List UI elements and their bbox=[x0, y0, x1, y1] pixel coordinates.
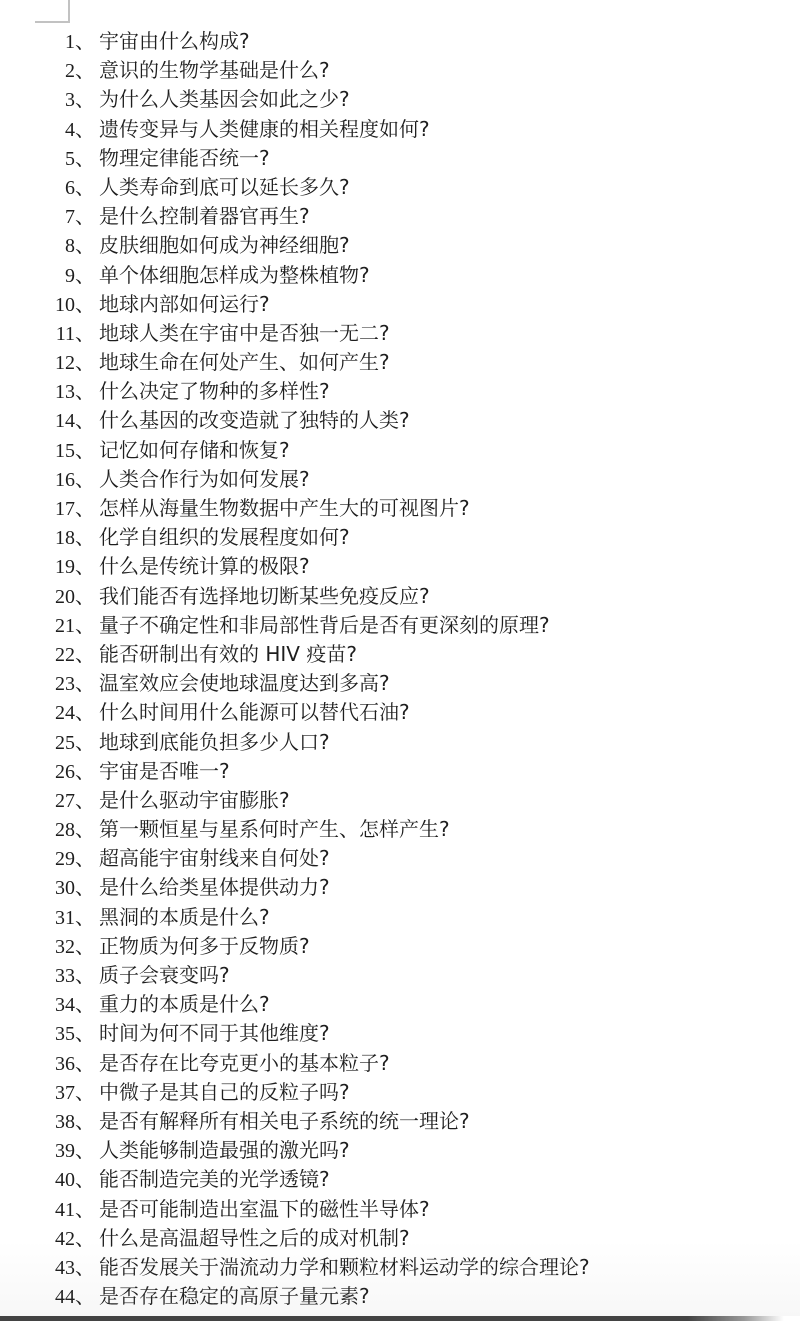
question-row: 21、量子不确定性和非局部性背后是否有更深刻的原理? bbox=[45, 611, 800, 640]
question-text: 能否研制出有效的 HIV 疫苗? bbox=[99, 642, 357, 666]
ideographic-comma: 、 bbox=[75, 963, 95, 987]
ideographic-comma: 、 bbox=[75, 613, 95, 637]
question-row: 14、什么基因的改变造就了独特的人类? bbox=[45, 406, 800, 435]
ideographic-comma: 、 bbox=[75, 233, 95, 257]
question-number: 39 bbox=[45, 1137, 75, 1166]
question-number: 11 bbox=[45, 320, 75, 349]
question-row: 34、重力的本质是什么? bbox=[45, 990, 800, 1019]
question-number: 43 bbox=[45, 1254, 75, 1283]
question-number: 44 bbox=[45, 1283, 75, 1312]
question-row: 23、温室效应会使地球温度达到多高? bbox=[45, 669, 800, 698]
question-row: 28、第一颗恒星与星系何时产生、怎样产生? bbox=[45, 815, 800, 844]
question-text: 遗传变异与人类健康的相关程度如何? bbox=[99, 117, 430, 141]
ideographic-comma: 、 bbox=[75, 58, 95, 82]
ideographic-comma: 、 bbox=[75, 408, 95, 432]
ideographic-comma: 、 bbox=[75, 350, 95, 374]
question-text: 地球人类在宇宙中是否独一无二? bbox=[99, 321, 390, 345]
question-number: 16 bbox=[45, 466, 75, 495]
question-number: 22 bbox=[45, 641, 75, 670]
ideographic-comma: 、 bbox=[75, 146, 95, 170]
question-row: 27、是什么驱动宇宙膨胀? bbox=[45, 786, 800, 815]
question-text: 什么决定了物种的多样性? bbox=[99, 379, 330, 403]
question-text: 为什么人类基因会如此之少? bbox=[99, 87, 350, 111]
ideographic-comma: 、 bbox=[75, 584, 95, 608]
question-text: 中微子是其自己的反粒子吗? bbox=[99, 1080, 350, 1104]
question-row: 40、能否制造完美的光学透镜? bbox=[45, 1165, 800, 1194]
question-number: 20 bbox=[45, 583, 75, 612]
question-number: 31 bbox=[45, 904, 75, 933]
question-row: 42、什么是高温超导性之后的成对机制? bbox=[45, 1224, 800, 1253]
question-text: 黑洞的本质是什么? bbox=[99, 905, 270, 929]
question-row: 16、人类合作行为如何发展? bbox=[45, 465, 800, 494]
question-row: 38、是否有解释所有相关电子系统的统一理论? bbox=[45, 1107, 800, 1136]
ideographic-comma: 、 bbox=[75, 292, 95, 316]
question-text: 单个体细胞怎样成为整株植物? bbox=[99, 263, 370, 287]
question-text: 能否制造完美的光学透镜? bbox=[99, 1167, 330, 1191]
ideographic-comma: 、 bbox=[75, 1138, 95, 1162]
question-number: 32 bbox=[45, 933, 75, 962]
ideographic-comma: 、 bbox=[75, 817, 95, 841]
question-number: 4 bbox=[45, 116, 75, 145]
question-text: 是否可能制造出室温下的磁性半导体? bbox=[99, 1197, 430, 1221]
question-number: 3 bbox=[45, 86, 75, 115]
question-row: 13、什么决定了物种的多样性? bbox=[45, 377, 800, 406]
question-number: 12 bbox=[45, 349, 75, 378]
question-text: 是什么驱动宇宙膨胀? bbox=[99, 788, 290, 812]
question-number: 17 bbox=[45, 495, 75, 524]
question-text: 时间为何不同于其他维度? bbox=[99, 1021, 330, 1045]
question-number: 28 bbox=[45, 816, 75, 845]
question-row: 18、化学自组织的发展程度如何? bbox=[45, 523, 800, 552]
question-text: 记忆如何存储和恢复? bbox=[99, 438, 290, 462]
question-row: 31、黑洞的本质是什么? bbox=[45, 903, 800, 932]
question-number: 41 bbox=[45, 1196, 75, 1225]
question-row: 17、怎样从海量生物数据中产生大的可视图片? bbox=[45, 494, 800, 523]
scanned-document-screenshot: { "colors": { "text": "#1e1e1e", "page_b… bbox=[0, 0, 800, 1321]
question-text: 什么时间用什么能源可以替代石油? bbox=[99, 700, 410, 724]
ideographic-comma: 、 bbox=[75, 846, 95, 870]
question-row: 35、时间为何不同于其他维度? bbox=[45, 1019, 800, 1048]
question-row: 39、人类能够制造最强的激光吗? bbox=[45, 1136, 800, 1165]
question-row: 22、能否研制出有效的 HIV 疫苗? bbox=[45, 640, 800, 669]
question-text: 意识的生物学基础是什么? bbox=[99, 58, 330, 82]
question-text: 质子会衰变吗? bbox=[99, 963, 230, 987]
question-number: 5 bbox=[45, 145, 75, 174]
question-number: 40 bbox=[45, 1166, 75, 1195]
question-text: 地球到底能负担多少人口? bbox=[99, 730, 330, 754]
ideographic-comma: 、 bbox=[75, 642, 95, 666]
question-number: 35 bbox=[45, 1020, 75, 1049]
question-row: 4、遗传变异与人类健康的相关程度如何? bbox=[45, 115, 800, 144]
question-row: 10、地球内部如何运行? bbox=[45, 290, 800, 319]
question-number: 10 bbox=[45, 291, 75, 320]
question-list: 1、宇宙由什么构成? 2、意识的生物学基础是什么? 3、为什么人类基因会如此之少… bbox=[0, 0, 800, 1311]
ideographic-comma: 、 bbox=[75, 1226, 95, 1250]
question-number: 1 bbox=[45, 28, 75, 57]
ideographic-comma: 、 bbox=[75, 29, 95, 53]
question-number: 9 bbox=[45, 262, 75, 291]
question-text: 人类合作行为如何发展? bbox=[99, 467, 310, 491]
question-number: 38 bbox=[45, 1108, 75, 1137]
question-row: 30、是什么给类星体提供动力? bbox=[45, 873, 800, 902]
question-text: 温室效应会使地球温度达到多高? bbox=[99, 671, 390, 695]
question-row: 41、是否可能制造出室温下的磁性半导体? bbox=[45, 1195, 800, 1224]
question-text: 宇宙由什么构成? bbox=[99, 29, 250, 53]
question-number: 2 bbox=[45, 57, 75, 86]
page-corner-mark bbox=[35, 0, 70, 23]
question-row: 15、记忆如何存储和恢复? bbox=[45, 436, 800, 465]
ideographic-comma: 、 bbox=[75, 1284, 95, 1308]
question-number: 23 bbox=[45, 670, 75, 699]
ideographic-comma: 、 bbox=[75, 525, 95, 549]
question-text: 重力的本质是什么? bbox=[99, 992, 270, 1016]
question-text: 是什么给类星体提供动力? bbox=[99, 875, 330, 899]
ideographic-comma: 、 bbox=[75, 87, 95, 111]
question-number: 8 bbox=[45, 232, 75, 261]
ideographic-comma: 、 bbox=[75, 117, 95, 141]
ideographic-comma: 、 bbox=[75, 671, 95, 695]
question-text: 物理定律能否统一? bbox=[99, 146, 270, 170]
question-row: 44、是否存在稳定的高原子量元素? bbox=[45, 1282, 800, 1311]
question-row: 37、中微子是其自己的反粒子吗? bbox=[45, 1078, 800, 1107]
ideographic-comma: 、 bbox=[75, 175, 95, 199]
ideographic-comma: 、 bbox=[75, 321, 95, 345]
ideographic-comma: 、 bbox=[75, 759, 95, 783]
ideographic-comma: 、 bbox=[75, 467, 95, 491]
question-text: 是什么控制着器官再生? bbox=[99, 204, 310, 228]
ideographic-comma: 、 bbox=[75, 554, 95, 578]
question-number: 18 bbox=[45, 524, 75, 553]
question-text: 宇宙是否唯一? bbox=[99, 759, 230, 783]
question-row: 1、宇宙由什么构成? bbox=[45, 27, 800, 56]
question-text: 量子不确定性和非局部性背后是否有更深刻的原理? bbox=[99, 613, 550, 637]
ideographic-comma: 、 bbox=[75, 875, 95, 899]
question-number: 24 bbox=[45, 699, 75, 728]
question-text: 人类寿命到底可以延长多久? bbox=[99, 175, 350, 199]
question-text: 我们能否有选择地切断某些免疫反应? bbox=[99, 584, 430, 608]
question-text: 皮肤细胞如何成为神经细胞? bbox=[99, 233, 350, 257]
document-page: 1、宇宙由什么构成? 2、意识的生物学基础是什么? 3、为什么人类基因会如此之少… bbox=[0, 0, 800, 1321]
question-row: 2、意识的生物学基础是什么? bbox=[45, 56, 800, 85]
question-text: 是否存在稳定的高原子量元素? bbox=[99, 1284, 370, 1308]
ideographic-comma: 、 bbox=[75, 992, 95, 1016]
question-text: 第一颗恒星与星系何时产生、怎样产生? bbox=[99, 817, 450, 841]
question-row: 7、是什么控制着器官再生? bbox=[45, 202, 800, 231]
ideographic-comma: 、 bbox=[75, 1051, 95, 1075]
question-number: 42 bbox=[45, 1225, 75, 1254]
question-text: 什么是传统计算的极限? bbox=[99, 554, 310, 578]
question-text: 什么基因的改变造就了独特的人类? bbox=[99, 408, 410, 432]
question-number: 25 bbox=[45, 729, 75, 758]
question-number: 30 bbox=[45, 874, 75, 903]
scan-bottom-edge-bar bbox=[0, 1316, 800, 1321]
ideographic-comma: 、 bbox=[75, 1109, 95, 1133]
ideographic-comma: 、 bbox=[75, 204, 95, 228]
question-row: 29、超高能宇宙射线来自何处? bbox=[45, 844, 800, 873]
ideographic-comma: 、 bbox=[75, 700, 95, 724]
question-row: 8、皮肤细胞如何成为神经细胞? bbox=[45, 231, 800, 260]
ideographic-comma: 、 bbox=[75, 1021, 95, 1045]
question-row: 24、什么时间用什么能源可以替代石油? bbox=[45, 698, 800, 727]
question-row: 32、正物质为何多于反物质? bbox=[45, 932, 800, 961]
ideographic-comma: 、 bbox=[75, 1080, 95, 1104]
question-row: 9、单个体细胞怎样成为整株植物? bbox=[45, 261, 800, 290]
question-text: 地球内部如何运行? bbox=[99, 292, 270, 316]
question-row: 20、我们能否有选择地切断某些免疫反应? bbox=[45, 582, 800, 611]
question-number: 13 bbox=[45, 378, 75, 407]
question-text: 地球生命在何处产生、如何产生? bbox=[99, 350, 390, 374]
question-text: 是否存在比夸克更小的基本粒子? bbox=[99, 1051, 390, 1075]
question-number: 21 bbox=[45, 612, 75, 641]
question-text: 人类能够制造最强的激光吗? bbox=[99, 1138, 350, 1162]
question-row: 33、质子会衰变吗? bbox=[45, 961, 800, 990]
question-number: 7 bbox=[45, 203, 75, 232]
question-number: 15 bbox=[45, 437, 75, 466]
ideographic-comma: 、 bbox=[75, 788, 95, 812]
question-text: 怎样从海量生物数据中产生大的可视图片? bbox=[99, 496, 470, 520]
ideographic-comma: 、 bbox=[75, 1255, 95, 1279]
question-row: 3、为什么人类基因会如此之少? bbox=[45, 85, 800, 114]
question-number: 19 bbox=[45, 553, 75, 582]
question-row: 19、什么是传统计算的极限? bbox=[45, 552, 800, 581]
question-text: 正物质为何多于反物质? bbox=[99, 934, 310, 958]
question-text: 能否发展关于湍流动力学和颗粒材料运动学的综合理论? bbox=[99, 1255, 590, 1279]
question-row: 25、地球到底能负担多少人口? bbox=[45, 728, 800, 757]
question-text: 是否有解释所有相关电子系统的统一理论? bbox=[99, 1109, 470, 1133]
question-text: 化学自组织的发展程度如何? bbox=[99, 525, 350, 549]
question-number: 29 bbox=[45, 845, 75, 874]
ideographic-comma: 、 bbox=[75, 1197, 95, 1221]
ideographic-comma: 、 bbox=[75, 905, 95, 929]
ideographic-comma: 、 bbox=[75, 730, 95, 754]
question-number: 34 bbox=[45, 991, 75, 1020]
question-number: 27 bbox=[45, 787, 75, 816]
question-row: 5、物理定律能否统一? bbox=[45, 144, 800, 173]
ideographic-comma: 、 bbox=[75, 1167, 95, 1191]
question-row: 12、地球生命在何处产生、如何产生? bbox=[45, 348, 800, 377]
question-text: 什么是高温超导性之后的成对机制? bbox=[99, 1226, 410, 1250]
question-text: 超高能宇宙射线来自何处? bbox=[99, 846, 330, 870]
ideographic-comma: 、 bbox=[75, 496, 95, 520]
ideographic-comma: 、 bbox=[75, 263, 95, 287]
ideographic-comma: 、 bbox=[75, 379, 95, 403]
question-number: 33 bbox=[45, 962, 75, 991]
question-number: 26 bbox=[45, 758, 75, 787]
question-row: 26、宇宙是否唯一? bbox=[45, 757, 800, 786]
question-row: 11、地球人类在宇宙中是否独一无二? bbox=[45, 319, 800, 348]
question-row: 43、能否发展关于湍流动力学和颗粒材料运动学的综合理论? bbox=[45, 1253, 800, 1282]
question-number: 37 bbox=[45, 1079, 75, 1108]
ideographic-comma: 、 bbox=[75, 934, 95, 958]
question-number: 6 bbox=[45, 174, 75, 203]
question-number: 36 bbox=[45, 1050, 75, 1079]
question-row: 36、是否存在比夸克更小的基本粒子? bbox=[45, 1049, 800, 1078]
question-row: 6、人类寿命到底可以延长多久? bbox=[45, 173, 800, 202]
question-number: 14 bbox=[45, 407, 75, 436]
ideographic-comma: 、 bbox=[75, 438, 95, 462]
